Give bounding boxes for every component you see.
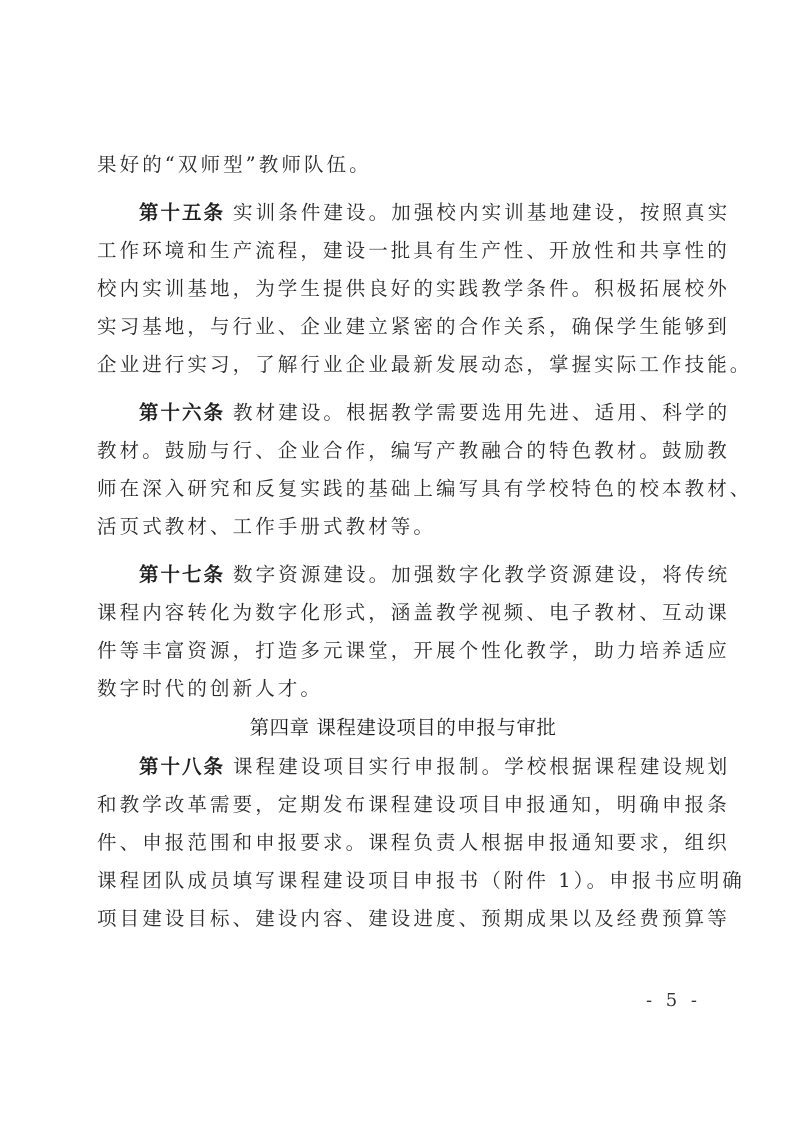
article-16-text: 教材建设。根据教学需要选用先进、适用、科学的 bbox=[233, 401, 730, 424]
article-16-line-1: 第十六条教材建设。根据教学需要选用先进、适用、科学的 bbox=[97, 394, 709, 432]
article-17-label: 第十七条 bbox=[139, 563, 225, 586]
article-15-label: 第十五条 bbox=[139, 201, 225, 224]
article-16: 第十六条教材建设。根据教学需要选用先进、适用、科学的 教材。鼓励与行、企业合作，… bbox=[97, 394, 709, 546]
article-15-line-2: 工作环境和生产流程，建设一批具有生产性、开放性和共享性的 bbox=[97, 232, 709, 270]
article-17-line-4: 数字时代的创新人才。 bbox=[97, 670, 709, 708]
article-16-line-2: 教材。鼓励与行、企业合作，编写产教融合的特色教材。鼓励教 bbox=[97, 432, 709, 470]
article-18: 第十八条课程建设项目实行申报制。学校根据课程建设规划 和教学改革需要，定期发布课… bbox=[97, 748, 709, 938]
article-18-label: 第十八条 bbox=[139, 755, 225, 778]
article-18-line-2: 和教学改革需要，定期发布课程建设项目申报通知，明确申报条 bbox=[97, 786, 709, 824]
article-15-line-4: 实习基地，与行业、企业建立紧密的合作关系，确保学生能够到 bbox=[97, 308, 709, 346]
paragraph-continuation: 果好的“双师型”教师队伍。 bbox=[97, 146, 709, 184]
article-17-text: 数字资源建设。加强数字化教学资源建设，将传统 bbox=[233, 563, 730, 586]
article-18-line-4: 课程团队成员填写课程建设项目申报书（附件 1）。申报书应明确 bbox=[97, 862, 709, 900]
article-15: 第十五条实训条件建设。加强校内实训基地建设，按照真实 工作环境和生产流程，建设一… bbox=[97, 194, 709, 384]
article-15-line-1: 第十五条实训条件建设。加强校内实训基地建设，按照真实 bbox=[97, 194, 709, 232]
article-18-line-1: 第十八条课程建设项目实行申报制。学校根据课程建设规划 bbox=[97, 748, 709, 786]
article-18-text: 课程建设项目实行申报制。学校根据课程建设规划 bbox=[233, 755, 730, 778]
article-15-line-5: 企业进行实习，了解行业企业最新发展动态，掌握实际工作技能。 bbox=[97, 346, 709, 384]
article-17-line-2: 课程内容转化为数字化形式，涵盖教学视频、电子教材、互动课 bbox=[97, 594, 709, 632]
article-15-line-3: 校内实训基地，为学生提供良好的实践教学条件。积极拓展校外 bbox=[97, 270, 709, 308]
article-18-line-5: 项目建设目标、建设内容、建设进度、预期成果以及经费预算等 bbox=[97, 900, 709, 938]
article-16-line-4: 活页式教材、工作手册式教材等。 bbox=[97, 508, 709, 546]
article-17-line-3: 件等丰富资源，打造多元课堂，开展个性化教学，助力培养适应 bbox=[97, 632, 709, 670]
article-16-label: 第十六条 bbox=[139, 401, 225, 424]
document-page: 果好的“双师型”教师队伍。 第十五条实训条件建设。加强校内实训基地建设，按照真实… bbox=[97, 146, 709, 938]
article-17: 第十七条数字资源建设。加强数字化教学资源建设，将传统 课程内容转化为数字化形式，… bbox=[97, 556, 709, 708]
chapter-heading: 第四章 课程建设项目的申报与审批 bbox=[97, 708, 709, 748]
article-15-text: 实训条件建设。加强校内实训基地建设，按照真实 bbox=[233, 201, 730, 224]
article-17-line-1: 第十七条数字资源建设。加强数字化教学资源建设，将传统 bbox=[97, 556, 709, 594]
page-number: - 5 - bbox=[646, 990, 701, 1011]
article-16-line-3: 师在深入研究和反复实践的基础上编写具有学校特色的校本教材、 bbox=[97, 470, 709, 508]
article-18-line-3: 件、申报范围和申报要求。课程负责人根据申报通知要求，组织 bbox=[97, 824, 709, 862]
